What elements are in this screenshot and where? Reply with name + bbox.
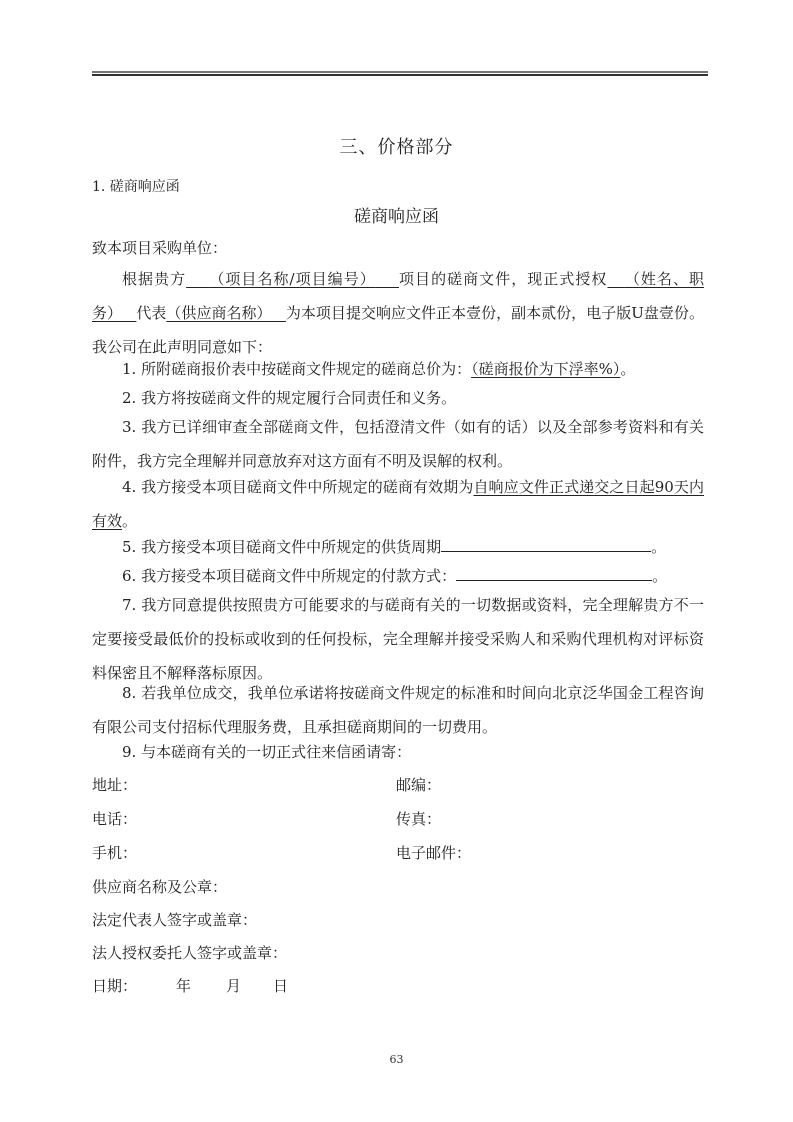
postcode-label: 邮编： (396, 774, 441, 795)
delivery-period-blank[interactable] (441, 535, 651, 552)
quote-rate-field: （磋商报价为下浮率%） (471, 360, 620, 378)
sub-heading: 1. 磋商响应函 (92, 176, 180, 196)
page-number: 63 (0, 1053, 793, 1066)
date-day: 日 (273, 975, 288, 996)
email-label: 电子邮件： (396, 842, 471, 863)
authorized-rep-signature-label: 法人授权委托人签字或盖章： (92, 942, 287, 963)
payment-method-blank[interactable] (456, 564, 652, 581)
project-name-field: （项目名称/项目编号） (186, 270, 399, 288)
addressee: 致本项目采购单位： (92, 237, 227, 258)
item-7: 7. 我方同意提供按照贵方可能要求的与磋商有关的一切数据或资料，完全理解贵方不一… (92, 588, 704, 690)
fax-label: 传真： (396, 808, 441, 829)
header-double-rule (92, 71, 708, 76)
legal-rep-signature-label: 法定代表人签字或盖章： (92, 909, 257, 930)
date-year: 年 (176, 975, 191, 996)
item-8: 8. 若我单位成交，我单位承诺将按磋商文件规定的标准和时间向北京泛华国金工程咨询… (92, 676, 704, 744)
item-3: 3. 我方已详细审查全部磋商文件，包括澄清文件（如有的话）以及全部参考资料和有关… (92, 410, 704, 478)
date-month: 月 (226, 975, 241, 996)
supplier-seal-label: 供应商名称及公章： (92, 876, 227, 897)
date-label: 日期： (92, 975, 137, 996)
mobile-label: 手机： (92, 842, 137, 863)
address-label: 地址： (92, 774, 137, 795)
item-4: 4. 我方接受本项目磋商文件中所规定的磋商有效期为自响应文件正式递交之日起90天… (92, 470, 704, 538)
intro-paragraph: 根据贵方 （项目名称/项目编号） 项目的磋商文件，现正式授权 （姓名、职务） 代… (92, 262, 704, 364)
section-title: 三、价格部分 (0, 133, 793, 159)
supplier-name-field: （供应商名称） (166, 304, 285, 322)
item-9: 9. 与本磋商有关的一切正式往来信函请寄： (92, 735, 704, 769)
document-title: 磋商响应函 (0, 202, 793, 227)
phone-label: 电话： (92, 808, 137, 829)
